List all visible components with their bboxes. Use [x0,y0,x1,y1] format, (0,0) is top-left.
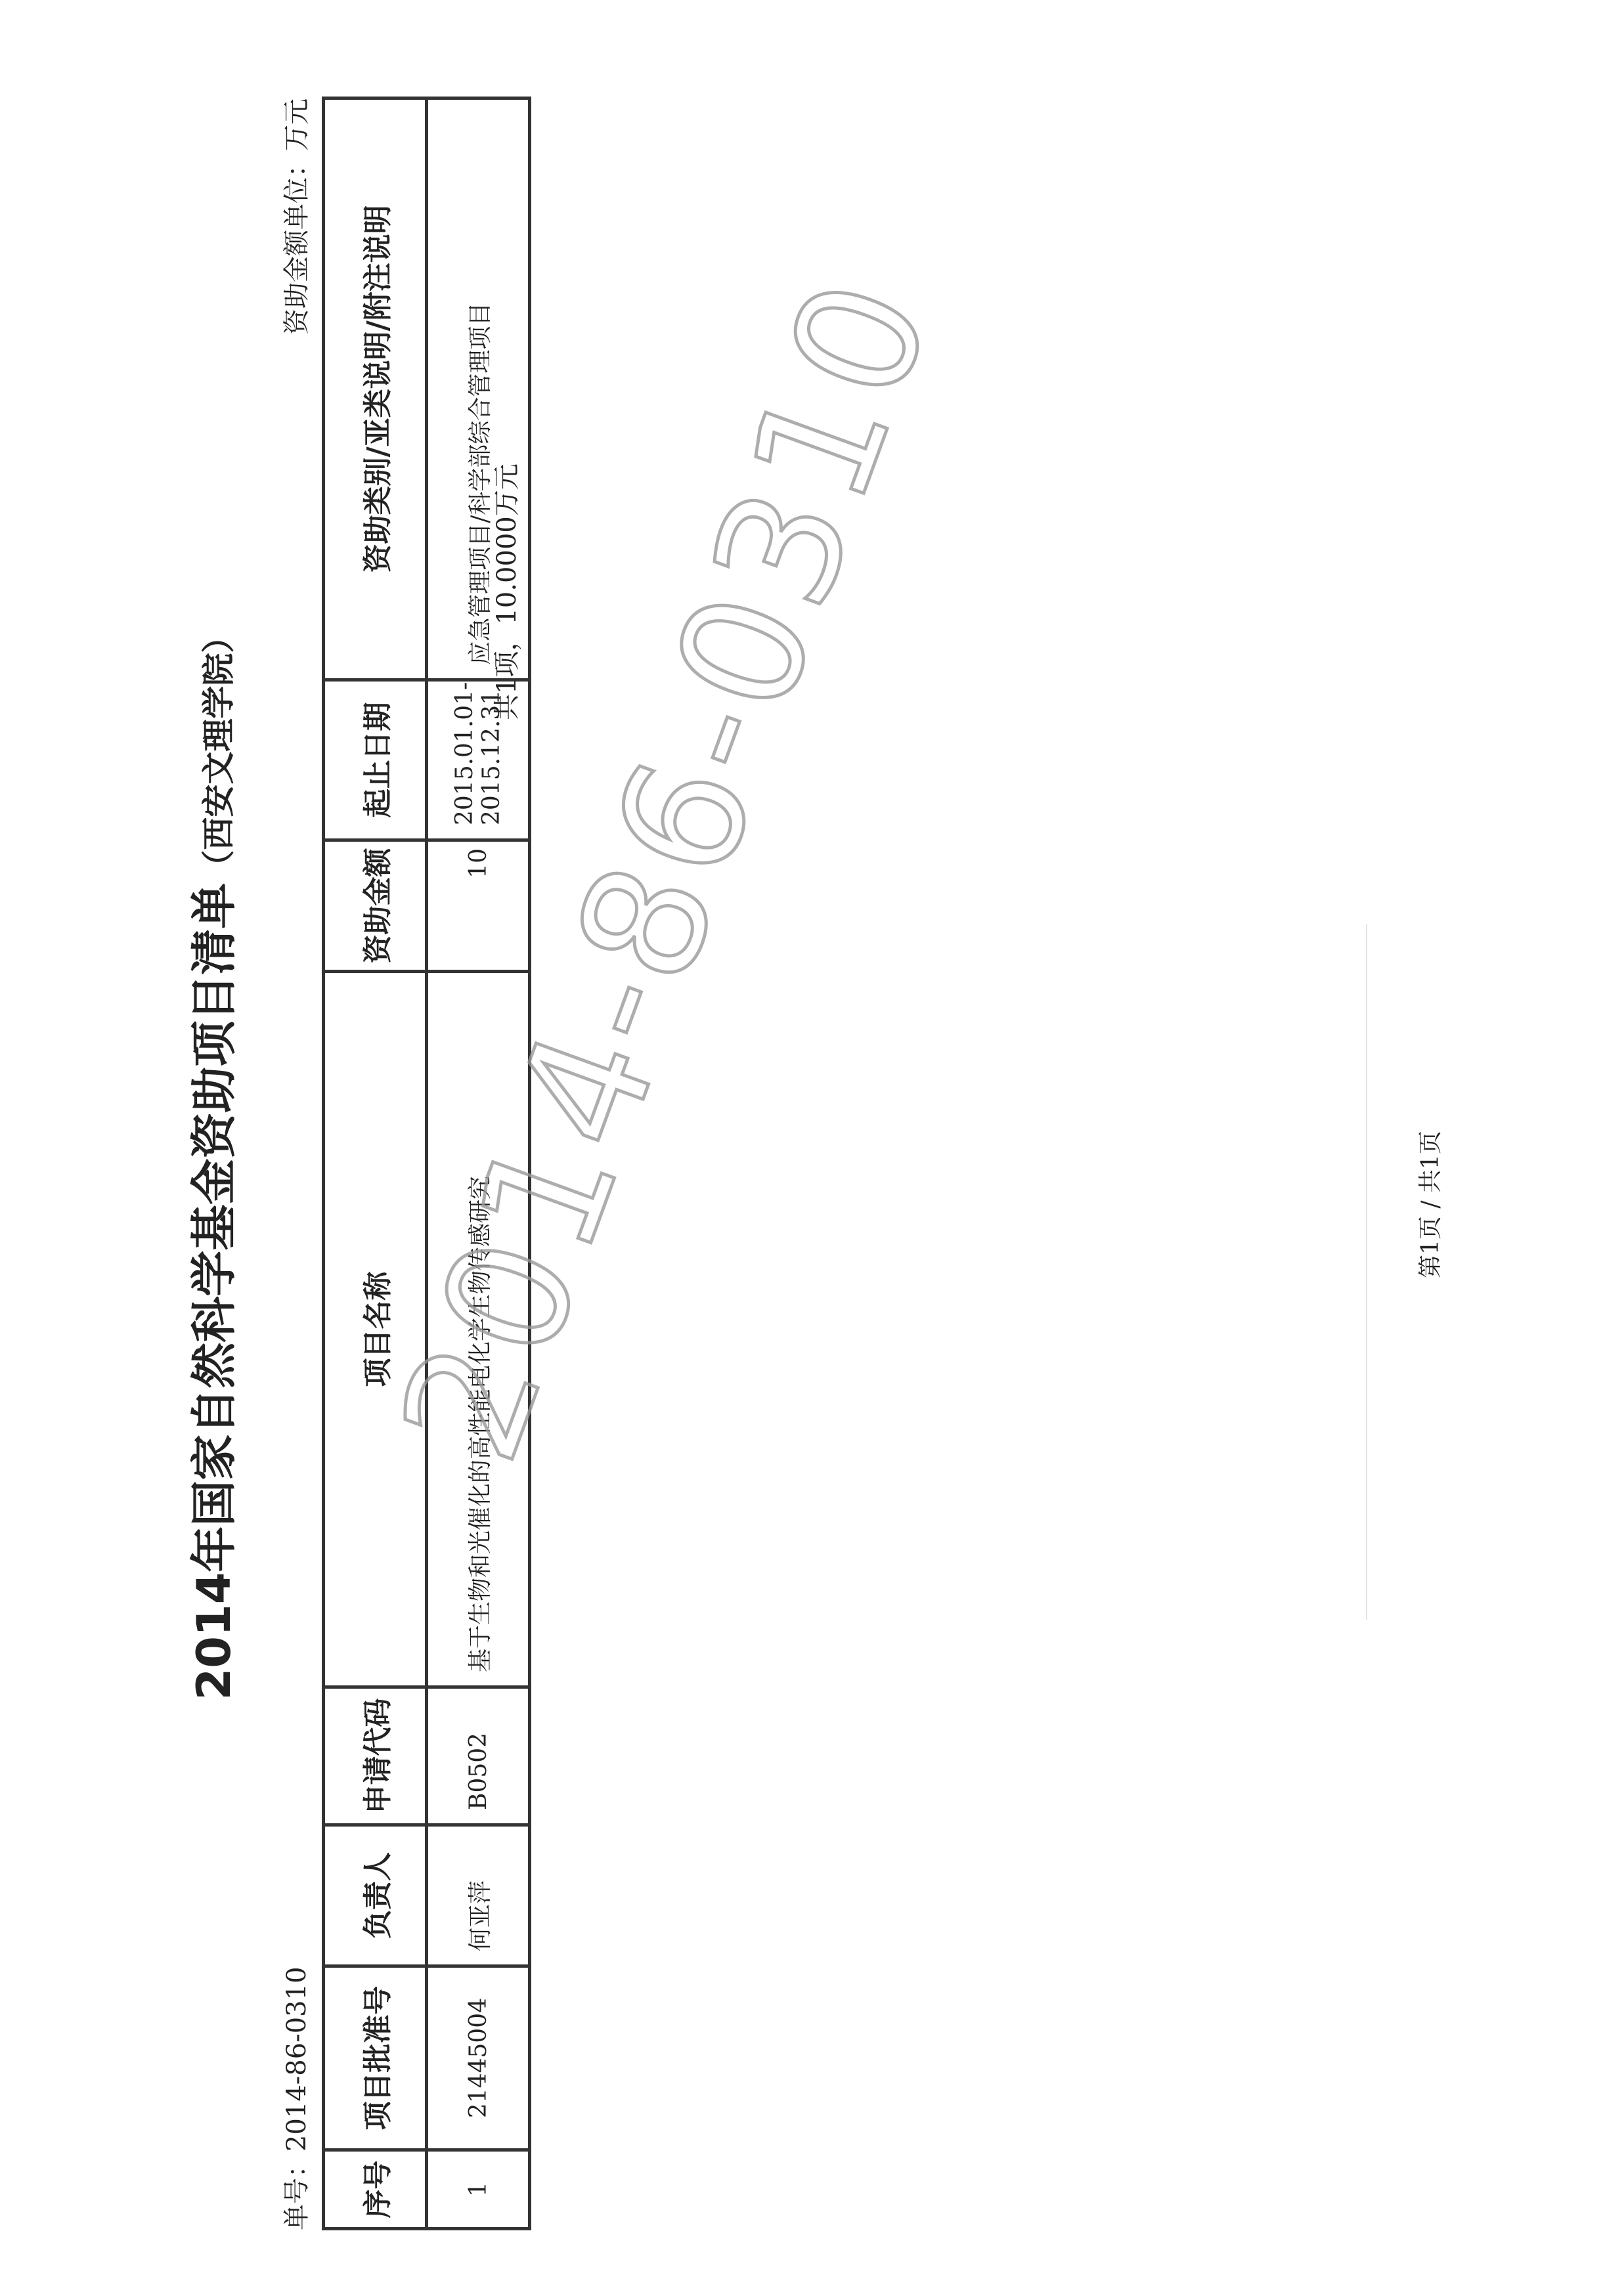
cell-amount: 10 [427,840,530,972]
document-page: 2014年国家自然科学基金资助项目清单（西安文理学院） 单号：2014-86-0… [0,0,1624,2296]
institution-name: （西安文理学院） [200,620,238,883]
page-title: 2014年国家自然科学基金资助项目清单（西安文理学院） [177,274,244,2047]
col-pi: 负责人 [324,1825,427,1966]
summary-total: 共1项，10.0000万元 [486,464,523,720]
doc-number-value: 2014-86-0310 [282,1966,312,2152]
col-index: 序号 [324,2150,427,2229]
cell-approval-no: 21445004 [427,1966,530,2150]
cell-pi: 何亚萍 [427,1825,530,1966]
cell-index: 1 [427,2150,530,2229]
faint-divider [1366,924,1367,1620]
cell-code: B0502 [427,1687,530,1825]
page-footer: 第1页 / 共1页 [1412,1131,1445,1278]
col-dates: 起止日期 [324,680,427,840]
unit-label: 资助金额单位：万元 [276,98,313,335]
doc-number-label: 单号： [282,2152,312,2230]
col-amount: 资助金额 [324,840,427,972]
title-text: 2014年国家自然科学基金资助项目清单 [187,883,241,1700]
col-approval-no: 项目批准号 [324,1966,427,2150]
col-category: 资助类别/亚类说明/附注说明 [324,98,427,680]
table-header-row: 序号 项目批准号 负责人 申请代码 项目名称 资助金额 起止日期 资助类别/亚类… [324,98,427,2229]
col-code: 申请代码 [324,1687,427,1825]
document-number: 单号：2014-86-0310 [276,1966,313,2230]
